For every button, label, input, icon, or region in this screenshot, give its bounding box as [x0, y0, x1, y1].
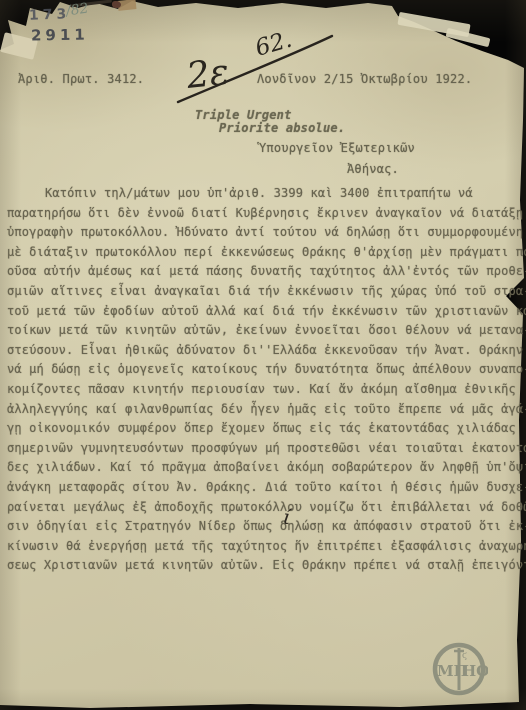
document-scan: 173 /82 2911 2ε 62. Ἀριθ. Πρωτ. 3412. Λο…: [0, 0, 526, 710]
typed-line: κίνωσιν θά ἐνεργήσῃ μετά τῆς ταχύτητος ἥ…: [7, 537, 526, 557]
typed-line: σεως Χριστιανῶν μετά κινητῶν αὐτῶν. Εἰς …: [7, 556, 526, 576]
typed-line: κομίζοντες πᾶσαν κινητήν περιουσίαν των.…: [7, 380, 526, 400]
typed-line: ὑπογραφὴν πρωτοκόλλου. Ἠδύνατο ἀντί τούτ…: [7, 223, 526, 243]
watermark-letters-right: ΗΘ: [462, 662, 488, 680]
handwritten-filing-annotation: 2ε 62.: [160, 22, 350, 112]
typed-line: νά μή δώσῃ εἰς ὁμογενεῖς κατοίκους τήν δ…: [7, 360, 526, 380]
typed-line: ἀνάγκη μεταφορᾶς σίτου Ἀν. Θράκης. Διά τ…: [7, 478, 526, 498]
typed-line: στεύσουν. Εἶναι ἠθικῶς ἀδύνατον δι''Ελλά…: [7, 341, 526, 361]
typed-line: σημερινῶν γυμνητευσόντων προσφύγων μή πρ…: [7, 439, 526, 459]
ink-blot: [112, 1, 121, 8]
typed-line: ἀλληλεγγύης καί φιλανθρωπίας δέν ἦγεν ἡμ…: [7, 400, 526, 420]
priority-line-1: Triple Urgent: [195, 108, 292, 122]
pencil-fraction-annotation: /82: [65, 1, 90, 20]
watermark-flag-glyph: ϛ: [462, 651, 467, 661]
archive-stamp-number: 173: [29, 6, 71, 23]
archive-watermark-emblem: ΜΠ ΗΘ ϛ: [430, 640, 488, 698]
typed-line: σιν ὁδηγίαι εἰς Στρατηγόν Νίδερ ὅπως δηλ…: [7, 517, 526, 537]
protocol-number: Ἀριθ. Πρωτ. 3412.: [18, 72, 144, 86]
letter-body: Κατόπιν τηλ/μάτων μου ὑπ'ἀριθ. 3399 καὶ …: [7, 184, 526, 576]
typed-line: ραίνεται μεγάλως ἐξ ἀποδοχῆς πρωτοκόλλου…: [7, 498, 526, 518]
typed-line: παρατηρήσω ὅτι δὲν ἐννοῶ διατί Κυβέρνησι…: [7, 204, 526, 224]
typed-line: γῃ οἰκονομικόν συμφέρον ὅπερ ἔχομεν ὅπως…: [7, 419, 526, 439]
typed-line: οῦσα αὐτήν ἀμέσως καί μετά πάσης δυνατῆς…: [7, 262, 526, 282]
typed-line: μὲ διάταξιν πρωτοκόλλου περί ἐκκενώσεως …: [7, 243, 526, 263]
typed-line: σμιῶν αἵτινες εἶναι ἀναγκαῖαι διά τήν ἐκ…: [7, 282, 526, 302]
typed-line: τοῦ μετά τῶν ἐφοδίων αὐτοῦ ἀλλά καί διά …: [7, 302, 526, 322]
priority-line-2: Priorite absolue.: [219, 121, 345, 135]
dateline: Λονδῖνον 2/15 Ὀκτωβρίου 1922.: [257, 72, 472, 86]
typed-line: τοίκων μετά τῶν κινητῶν αὐτῶν, ἐκείνων ἐ…: [7, 321, 526, 341]
typed-line: Κατόπιν τηλ/μάτων μου ὑπ'ἀριθ. 3399 καὶ …: [7, 184, 526, 204]
handwritten-code: 2ε: [184, 52, 231, 97]
recipient-ministry: Ὑπουργεῖον Ἐξωτερικῶν: [259, 141, 415, 155]
archive-stamp-number: 2911: [31, 25, 89, 44]
recipient-city: Ἀθήνας.: [347, 162, 399, 176]
typed-line: δες χιλιάδων. Καί τό πρᾶγμα ἀποβαίνει ἀκ…: [7, 458, 526, 478]
